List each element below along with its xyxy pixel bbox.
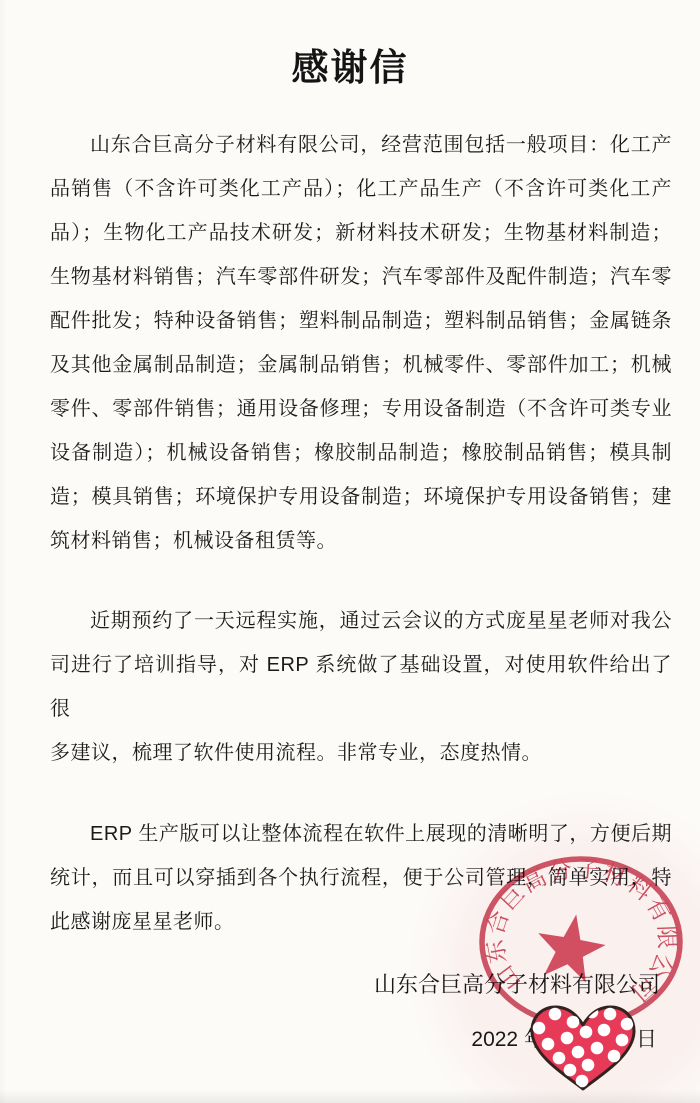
letter-title: 感谢信 [0,0,700,92]
text-line: 近期预约了一天远程实施，通过云会议的方式庞星星老师对我公 [50,599,672,643]
text-line: 筑材料销售；机械设备租赁等。 [50,519,672,563]
text-line: 品）；生物化工产品技术研发；新材料技术研发；生物基材料制造； [50,211,672,255]
star-icon [531,909,610,985]
text-line: 配件批发；特种设备销售；塑料制品制造；塑料制品销售；金属链条 [50,299,672,343]
paragraph-business-scope: 山东合巨高分子材料有限公司，经营范围包括一般项目：化工产品销售（不含许可类化工产… [50,123,672,563]
text-line: 生物基材料销售；汽车零部件研发；汽车零部件及配件制造；汽车零 [50,255,672,299]
text-line: 山东合巨高分子材料有限公司，经营范围包括一般项目：化工产 [50,123,672,167]
text-line: 司进行了培训指导，对 ERP 系统做了基础设置，对使用软件给出了很 [50,643,672,731]
text-line: 零件、零部件销售；通用设备修理；专用设备制造（不含许可类专业 [50,387,672,431]
paragraph-training: 近期预约了一天远程实施，通过云会议的方式庞星星老师对我公司进行了培训指导，对 E… [50,599,672,775]
text-line: 品销售（不含许可类化工产品）；化工产品生产（不含许可类化工产 [50,167,672,211]
heart-sticker [524,1002,642,1096]
text-line: 多建议，梳理了软件使用流程。非常专业，态度热情。 [50,731,672,775]
text-line: 设备制造）；机械设备销售；橡胶制品制造；橡胶制品销售；模具制 [50,431,672,475]
text-line: 造；模具销售；环境保护专用设备制造；环境保护专用设备销售；建 [50,475,672,519]
letter-document: 感谢信 山东合巨高分子材料有限公司，经营范围包括一般项目：化工产品销售（不含许可… [0,0,700,1103]
seal-ring-text: 山东合巨高分子材料有限公司 [481,855,680,1007]
letter-body: 山东合巨高分子材料有限公司，经营范围包括一般项目：化工产品销售（不含许可类化工产… [50,123,672,944]
text-line: ERP 生产版可以让整体流程在软件上展现的清晰明了，方便后期 [50,812,672,856]
text-line: 及其他金属制品制造；金属制品销售；机械零件、零部件加工；机械 [50,343,672,387]
